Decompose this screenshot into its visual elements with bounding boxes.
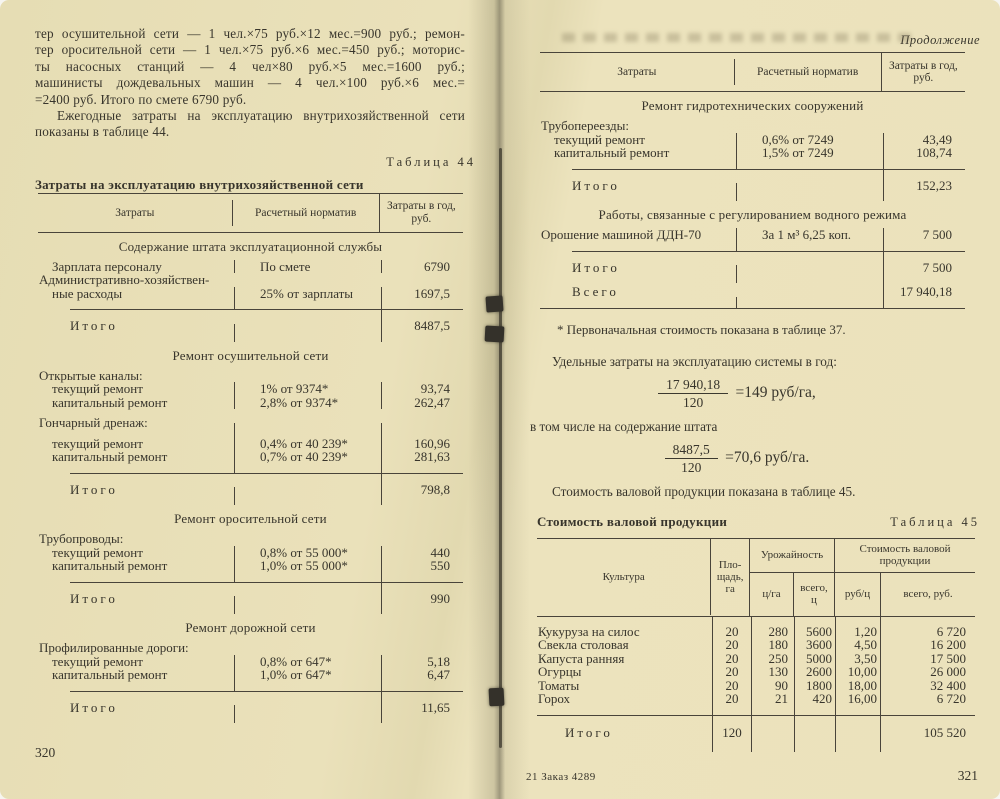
cell-label: Открытые каналы: bbox=[38, 369, 234, 383]
cell: 26 000 bbox=[880, 665, 975, 679]
cell-norm: 25% от зарплаты bbox=[234, 287, 381, 310]
cell bbox=[794, 716, 835, 752]
table-row: Итого798,8 bbox=[38, 474, 463, 506]
cell: 6 720 bbox=[880, 617, 975, 639]
cell-label: Итого bbox=[38, 310, 234, 342]
table-row: Гончарный дренаж: bbox=[38, 409, 463, 430]
cell-value: 93,74 bbox=[381, 382, 463, 396]
intro-line: тер оросительной сети — 1 чел.×75 руб.×6… bbox=[35, 42, 465, 58]
cell-label: Итого bbox=[38, 474, 234, 506]
cell-norm: По смете bbox=[234, 260, 381, 274]
section-title: Ремонт оросительной сети bbox=[38, 505, 463, 532]
cell-value: 160,96 bbox=[381, 430, 463, 451]
cell-norm bbox=[234, 705, 381, 723]
cell-value: 8487,5 bbox=[381, 310, 463, 342]
cell-norm bbox=[234, 487, 381, 505]
total-label: Итого bbox=[70, 700, 118, 715]
cell-label: текущий ремонт bbox=[38, 655, 234, 669]
cell bbox=[751, 716, 794, 752]
table-row: капитальный ремонт2,8% от 9374*262,47 bbox=[38, 396, 463, 410]
header-annual: Затраты в год, руб. bbox=[881, 53, 965, 92]
cell-norm: 1,0% от 647* bbox=[234, 668, 381, 691]
section-title: Ремонт дорожной сети bbox=[38, 614, 463, 641]
total-label: Итого bbox=[572, 178, 620, 193]
table-row: текущий ремонт0,8% от 647*5,18 bbox=[38, 655, 463, 669]
cell-label: текущий ремонт bbox=[540, 133, 736, 147]
table45-caption-row: Стоимость валовой продукции Таблица 45 bbox=[537, 514, 980, 530]
cell-norm bbox=[736, 265, 883, 283]
cell-label: Трубопроводы: bbox=[38, 532, 234, 546]
table-total-row: Итого120105 520 bbox=[537, 716, 975, 752]
fraction-denominator: 120 bbox=[658, 394, 728, 410]
cell: 5000 bbox=[794, 652, 835, 666]
table-row: Итого11,65 bbox=[38, 692, 463, 724]
header-costs: Затраты bbox=[540, 59, 734, 86]
cell-label: Профилированные дороги: bbox=[38, 641, 234, 655]
imprint: 21 Заказ 4289 bbox=[526, 771, 596, 783]
cell-value: 6790 bbox=[381, 260, 463, 274]
cell: 1,20 bbox=[835, 617, 880, 639]
header-yield: Урожайность bbox=[750, 539, 834, 573]
cell: Горох bbox=[537, 692, 712, 715]
fraction: 8487,5 120 bbox=[665, 442, 718, 475]
cell: 105 520 bbox=[880, 716, 975, 752]
cell-value: 11,65 bbox=[381, 692, 463, 724]
cell: Свекла столовая bbox=[537, 638, 712, 652]
cell-label: Итого bbox=[38, 583, 234, 615]
cell-label: капитальный ремонт bbox=[540, 146, 736, 169]
table44c-header-row: Затраты Расчетный норматив Затраты в год… bbox=[540, 52, 965, 92]
fraction-numerator: 17 940,18 bbox=[658, 377, 728, 394]
cell: 3600 bbox=[794, 638, 835, 652]
header-costs: Затраты bbox=[38, 200, 232, 227]
table-row: текущий ремонт1% от 9374*93,74 bbox=[38, 382, 463, 396]
cell-value: 7 500 bbox=[883, 252, 965, 284]
header-yield-per-ha: ц/га bbox=[750, 573, 793, 616]
cell-norm: 0,4% от 40 239* bbox=[234, 430, 381, 451]
cell-value: 152,23 bbox=[883, 170, 965, 202]
cell: Томаты bbox=[537, 679, 712, 693]
table-row: Трубопереезды: bbox=[540, 119, 965, 133]
cell-value: 6,47 bbox=[381, 668, 463, 691]
cell: 130 bbox=[751, 665, 794, 679]
cell: 32 400 bbox=[880, 679, 975, 693]
cell: 1800 bbox=[794, 679, 835, 693]
cell: 18,00 bbox=[835, 679, 880, 693]
header-cost: Стоимость валовой продукции bbox=[835, 539, 975, 573]
table-row: Зарплата персоналуПо смете6790 bbox=[38, 260, 463, 274]
section-title: Работы, связанные с регулированием водно… bbox=[540, 201, 965, 228]
cell: 16,00 bbox=[835, 692, 880, 715]
cell-label: Гончарный дренаж: bbox=[38, 409, 234, 430]
cell-label: капитальный ремонт bbox=[38, 559, 234, 582]
cell-label: текущий ремонт bbox=[38, 382, 234, 396]
cell: 3,50 bbox=[835, 652, 880, 666]
cell-label: капитальный ремонт bbox=[38, 396, 234, 410]
cell: 180 bbox=[751, 638, 794, 652]
cell-label: Итого bbox=[38, 692, 234, 724]
header-price: руб/ц bbox=[835, 573, 880, 616]
cell-value: 108,74 bbox=[883, 146, 965, 169]
cell-value: 17 940,18 bbox=[883, 283, 965, 308]
table44-label: Таблица 44 bbox=[20, 155, 476, 170]
cell: Кукуруза на силос bbox=[537, 617, 712, 639]
table-row: Административно-хозяйствен- bbox=[38, 273, 463, 287]
header-norm: Расчетный норматив bbox=[232, 200, 379, 227]
cell-value bbox=[381, 423, 463, 430]
table-row: Огурцы20130260010,0026 000 bbox=[537, 665, 975, 679]
table45-header: Культура Пло- щадь, га Урожайность ц/га … bbox=[537, 538, 975, 617]
cell-value: 5,18 bbox=[381, 655, 463, 669]
table-row: Свекла столовая2018036004,5016 200 bbox=[537, 638, 975, 652]
rule bbox=[540, 308, 965, 309]
table-row: Открытые каналы: bbox=[38, 369, 463, 383]
cell-value: 990 bbox=[381, 583, 463, 615]
header-yield-group: Урожайность ц/га всего, ц bbox=[749, 539, 834, 616]
header-yield-total: всего, ц bbox=[793, 573, 834, 616]
table45: Культура Пло- щадь, га Урожайность ц/га … bbox=[537, 538, 975, 752]
cell: 6 720 bbox=[880, 692, 975, 715]
cell-value: 550 bbox=[381, 559, 463, 582]
cell: 420 bbox=[794, 692, 835, 715]
cell-label: Зарплата персоналу bbox=[38, 260, 234, 274]
cell-label: Итого bbox=[540, 170, 736, 202]
table-row: Профилированные дороги: bbox=[38, 641, 463, 655]
cell: 17 500 bbox=[880, 652, 975, 666]
gross-output-line: Стоимость валовой продукции показана в т… bbox=[530, 484, 982, 500]
intro-line: Ежегодные затраты на эксплуатацию внутри… bbox=[35, 108, 465, 124]
right-page: Продолжение Затраты Расчетный норматив З… bbox=[522, 0, 982, 799]
header-culture: Культура bbox=[537, 539, 710, 615]
cell: 16 200 bbox=[880, 638, 975, 652]
section-title: Ремонт гидротехнических сооружений bbox=[540, 92, 965, 119]
cell-value: 798,8 bbox=[381, 474, 463, 506]
spine-line bbox=[499, 148, 502, 748]
cell-label: ные расходы bbox=[38, 287, 234, 310]
table-row: Трубопроводы: bbox=[38, 532, 463, 546]
header-cost-group: Стоимость валовой продукции руб/ц всего,… bbox=[834, 539, 975, 616]
intro-line: тер осушительной сети — 1 чел.×75 руб.×1… bbox=[35, 26, 465, 42]
cell-norm bbox=[234, 596, 381, 614]
header-area: Пло- щадь, га bbox=[710, 539, 749, 615]
intro-line: показаны в таблице 44. bbox=[35, 124, 465, 140]
total-label: Итого bbox=[70, 482, 118, 497]
table-row: Итого7 500 bbox=[540, 252, 965, 284]
table45-caption: Стоимость валовой продукции bbox=[537, 514, 727, 530]
cell-value: 7 500 bbox=[883, 228, 965, 251]
intro-line: машинисты дождевальных машин — 4 чел.×10… bbox=[35, 75, 465, 91]
table45-body: Кукуруза на силос2028056001,206 720Свекл… bbox=[537, 617, 975, 752]
table44-header-row: Затраты Расчетный норматив Затраты в год… bbox=[38, 193, 463, 233]
formula-staff: 8487,5 120 =70,6 руб/га. bbox=[522, 442, 952, 475]
cell-norm: 1,0% от 55 000* bbox=[234, 559, 381, 582]
table-row: Всего17 940,18 bbox=[540, 283, 965, 308]
cell: 90 bbox=[751, 679, 794, 693]
table-row: текущий ремонт0,4% от 40 239*160,96 bbox=[38, 430, 463, 451]
cell-norm: 0,6% от 7249 bbox=[736, 133, 883, 147]
cell: 280 bbox=[751, 617, 794, 639]
table-row: капитальный ремонт1,5% от 7249108,74 bbox=[540, 146, 965, 169]
table-row: Итого152,23 bbox=[540, 170, 965, 202]
intro-paragraph: тер осушительной сети — 1 чел.×75 руб.×1… bbox=[35, 26, 465, 141]
right-page-footer: 21 Заказ 4289 321 bbox=[526, 768, 978, 784]
table-row: ные расходы25% от зарплаты1697,5 bbox=[38, 287, 463, 310]
cell: 20 bbox=[712, 617, 751, 639]
cell-norm: За 1 м³ 6,25 коп. bbox=[736, 228, 883, 251]
table-row: Горох202142016,006 720 bbox=[537, 692, 975, 715]
cell: Капуста ранняя bbox=[537, 652, 712, 666]
cell: Огурцы bbox=[537, 665, 712, 679]
table44-caption: Затраты на эксплуатацию внутрихозяйствен… bbox=[35, 177, 478, 193]
cell-label: Всего bbox=[540, 283, 736, 308]
cell-value: 281,63 bbox=[381, 450, 463, 473]
cell-label: Трубопереезды: bbox=[540, 119, 736, 133]
fraction: 17 940,18 120 bbox=[658, 377, 728, 410]
table44-continuation: Затраты Расчетный норматив Затраты в год… bbox=[540, 52, 965, 309]
cell-label: Административно-хозяйствен- bbox=[38, 273, 234, 287]
cell-label: Орошение машиной ДДН-70 bbox=[540, 228, 736, 251]
cell: 250 bbox=[751, 652, 794, 666]
cell: 21 bbox=[751, 692, 794, 715]
formula-annual: 17 940,18 120 =149 руб/га, bbox=[522, 377, 952, 410]
book-spread-scan: тер осушительной сети — 1 чел.×75 руб.×1… bbox=[0, 0, 1000, 799]
page-number-left: 320 bbox=[35, 745, 478, 761]
table-row: Томаты2090180018,0032 400 bbox=[537, 679, 975, 693]
footnote: * Первоначальная стоимость показана в та… bbox=[537, 322, 982, 338]
cell: 10,00 bbox=[835, 665, 880, 679]
cell-label: капитальный ремонт bbox=[38, 668, 234, 691]
cell-label: текущий ремонт bbox=[38, 546, 234, 560]
cell-label: Итого bbox=[540, 252, 736, 284]
fraction-result: =149 руб/га, bbox=[732, 384, 816, 401]
cell: 20 bbox=[712, 665, 751, 679]
table45-label: Таблица 45 bbox=[890, 515, 980, 530]
cell-value: 1697,5 bbox=[381, 287, 463, 310]
table-row: Итого8487,5 bbox=[38, 310, 463, 342]
intro-line: ты насосных станций — 4 чел×80 руб.×5 ме… bbox=[35, 59, 465, 75]
cell-norm: 1% от 9374* bbox=[234, 382, 381, 396]
fraction-result: =70,6 руб/га. bbox=[721, 449, 809, 466]
table-row: капитальный ремонт1,0% от 55 000*550 bbox=[38, 559, 463, 582]
table-row: Капуста ранняя2025050003,5017 500 bbox=[537, 652, 975, 666]
cell bbox=[835, 716, 880, 752]
cell: 5600 bbox=[794, 617, 835, 639]
header-annual: Затраты в год, руб. bbox=[379, 193, 463, 232]
section-title: Содержание штата эксплуатационной службы bbox=[38, 233, 463, 260]
cell-label: текущий ремонт bbox=[38, 430, 234, 451]
table44: Затраты Расчетный норматив Затраты в год… bbox=[38, 193, 463, 724]
header-cost-total: всего, руб. bbox=[880, 573, 975, 616]
cell: 20 bbox=[712, 679, 751, 693]
cell: Итого bbox=[537, 716, 712, 752]
unit-costs-line: Удельные затраты на эксплуатацию системы… bbox=[530, 354, 982, 370]
cell-label: капитальный ремонт bbox=[38, 450, 234, 473]
cell-norm bbox=[736, 183, 883, 201]
total-label: Итого bbox=[572, 260, 620, 275]
cell-norm: 2,8% от 9374* bbox=[234, 396, 381, 410]
fraction-numerator: 8487,5 bbox=[665, 442, 718, 459]
cell-norm: 0,7% от 40 239* bbox=[234, 450, 381, 473]
staple-mark bbox=[485, 326, 505, 343]
table-row: капитальный ремонт1,0% от 647*6,47 bbox=[38, 668, 463, 691]
intro-line: =2400 руб. Итого по смете 6790 руб. bbox=[35, 92, 465, 108]
table44-body: Содержание штата эксплуатационной службы… bbox=[38, 233, 463, 724]
faint-showthrough bbox=[562, 33, 917, 42]
cell-norm bbox=[736, 297, 883, 308]
left-page: тер осушительной сети — 1 чел.×75 руб.×1… bbox=[20, 0, 478, 799]
section-title: Ремонт осушительной сети bbox=[38, 342, 463, 369]
page-number-right: 321 bbox=[958, 768, 978, 784]
cell-norm: 1,5% от 7249 bbox=[736, 146, 883, 169]
table44c-body: Ремонт гидротехнических сооруженийТрубоп… bbox=[540, 92, 965, 309]
cell-norm bbox=[234, 423, 381, 430]
cell-norm: 0,8% от 647* bbox=[234, 655, 381, 669]
total-label: Итого bbox=[70, 318, 118, 333]
table-row: капитальный ремонт0,7% от 40 239*281,63 bbox=[38, 450, 463, 473]
staff-costs-line: в том числе на содержание штата bbox=[530, 419, 982, 435]
cell-value: 440 bbox=[381, 546, 463, 560]
cell-norm: 0,8% от 55 000* bbox=[234, 546, 381, 560]
table-row: Итого990 bbox=[38, 583, 463, 615]
total-label: Всего bbox=[572, 284, 619, 299]
fraction-denominator: 120 bbox=[665, 459, 718, 475]
cell: 20 bbox=[712, 652, 751, 666]
table-row: Кукуруза на силос2028056001,206 720 bbox=[537, 617, 975, 639]
cell: 2600 bbox=[794, 665, 835, 679]
header-norm: Расчетный норматив bbox=[734, 59, 881, 86]
total-label: Итого bbox=[70, 591, 118, 606]
table-row: Орошение машиной ДДН-70За 1 м³ 6,25 коп.… bbox=[540, 228, 965, 251]
table-row: текущий ремонт0,8% от 55 000*440 bbox=[38, 546, 463, 560]
cell-value: 262,47 bbox=[381, 396, 463, 410]
cell-value: 43,49 bbox=[883, 133, 965, 147]
staple-mark bbox=[489, 688, 505, 707]
cell-norm bbox=[234, 324, 381, 342]
cell: 120 bbox=[712, 716, 751, 752]
total-label: Итого bbox=[565, 725, 613, 740]
cell: 20 bbox=[712, 692, 751, 715]
cell: 20 bbox=[712, 638, 751, 652]
cell: 4,50 bbox=[835, 638, 880, 652]
staple-mark bbox=[485, 295, 503, 312]
table-row: текущий ремонт0,6% от 724943,49 bbox=[540, 133, 965, 147]
